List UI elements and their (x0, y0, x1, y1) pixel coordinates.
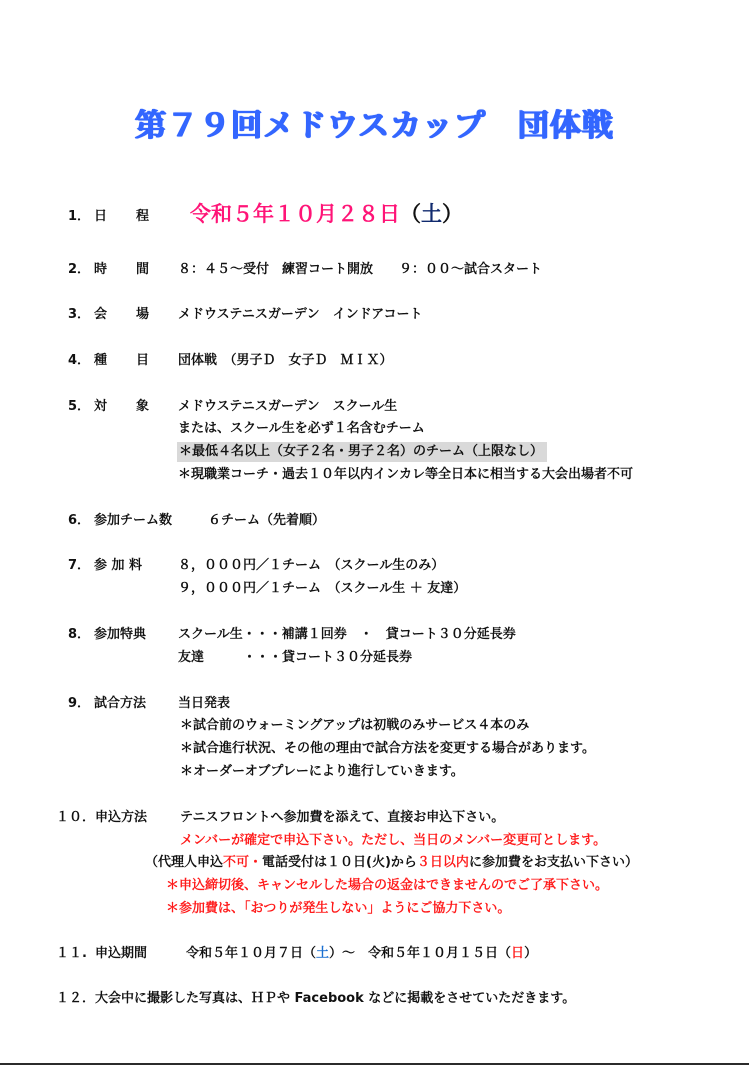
section-label: 間 (136, 261, 149, 279)
warning-text: メンバーが確定で申込下さい。ただし、当日のメンバー変更可とします。 (180, 832, 606, 850)
period-text: ） (524, 946, 537, 961)
section-value: ６チーム（先着順） (208, 512, 325, 530)
section-label: 対 (94, 398, 107, 416)
section-label: 参加チーム数 (94, 512, 172, 530)
section-value: メドウステニスガーデン インドアコート (178, 306, 423, 324)
section-number: １２． (56, 990, 95, 1008)
note-text: に参加費をお支払い下さい） (469, 855, 638, 870)
section-number: 6． (68, 512, 90, 530)
section-label: 申込方法 (95, 809, 147, 827)
section-number: 9． (68, 695, 90, 713)
paren: （ (400, 202, 421, 226)
note-text: （代理人申込 (145, 855, 223, 870)
section-label: 象 (136, 398, 149, 416)
section-value: スクール生・・・補講１回券 ・ 貸コート３０分延長券 (178, 626, 516, 644)
section-number: 8． (68, 626, 90, 644)
section-number: １０． (56, 809, 95, 827)
not-allowed-text: 不可・ (223, 855, 262, 870)
section-value: ８：４５～受付 練習コート開放 ９：００～試合スタート (178, 261, 542, 279)
section-label: 場 (136, 306, 149, 324)
section-number: 7． (68, 557, 90, 575)
section-label: 参 加 料 (94, 557, 142, 575)
section-value: 当日発表 (178, 695, 230, 713)
section-label: 試合方法 (94, 695, 146, 713)
section-value: メドウステニスガーデン スクール生 (178, 398, 397, 416)
section-value: 団体戦 （男子Ｄ 女子Ｄ ＭＩＸ） (178, 352, 393, 370)
section-label: 日 (94, 208, 107, 226)
section-label: 種 (94, 352, 107, 370)
period-text: 令和５年１０月７日（ (186, 946, 316, 961)
page-bottom-border (0, 1063, 749, 1065)
section-value: または、スクール生を必ず１名含むチーム (178, 420, 425, 438)
section-label: 参加特典 (94, 626, 146, 644)
section-value: ＊オーダーオブプレーにより進行していきます。 (180, 763, 464, 781)
saturday-label: 土 (316, 946, 329, 961)
section-number: 2． (68, 261, 90, 279)
section-label: 申込期間 (95, 945, 147, 963)
application-period-value: 令和５年１０月７日（土）～ 令和５年１０月１５日（日） (186, 945, 537, 963)
highlighted-requirement: ＊最低４名以上（女子２名・男子２名）のチーム（上限なし） (177, 442, 547, 462)
section-value: 大会中に撮影した写真は、ＨＰや Facebook などに掲載をさせていただきます… (95, 990, 575, 1008)
paren: ） (442, 202, 463, 226)
section-label: 目 (136, 352, 149, 370)
section-number: 4． (68, 352, 90, 370)
section-value: ＊試合進行状況、その他の理由で試合方法を変更する場合があります。 (180, 740, 595, 758)
section-number: １１. (56, 945, 87, 963)
warning-text: ＊申込締切後、キャンセルした場合の返金はできませんのでご了承下さい。 (166, 877, 608, 895)
section-label: 会 (94, 306, 107, 324)
page-title: 第７９回メドウスカップ 団体戦 (0, 100, 749, 145)
section-number: 3． (68, 306, 90, 324)
warning-text: ＊参加費は、「おつりが発生しない」ようにご協力下さい。 (166, 900, 510, 918)
section-value: ９，０００円／１チーム （スクール生 ＋ 友達） (178, 580, 466, 598)
note-text: 電話受付は１０日(火)から (262, 855, 417, 870)
deadline-text: ３日以内 (417, 855, 469, 870)
event-date: 令和５年１０月２８日（土） (190, 201, 463, 227)
event-date-text: 令和５年１０月２８日 (190, 202, 400, 226)
section-value: ８，０００円／１チーム （スクール生のみ） (178, 557, 444, 575)
section-label: 程 (136, 208, 149, 226)
section-number: 1． (68, 208, 90, 226)
event-weekday: 土 (421, 202, 442, 226)
section-value: 友達 ・・・貸コート３０分延長券 (178, 649, 412, 667)
section-number: 5． (68, 398, 90, 416)
proxy-phone-note: （代理人申込不可・電話受付は１０日(火)から３日以内に参加費をお支払い下さい） (145, 854, 638, 872)
section-value: テニスフロントへ参加費を添えて、直接お申込下さい。 (180, 809, 504, 827)
section-label: 時 (94, 261, 107, 279)
period-text: ）～ 令和５年１０月１５日（ (329, 946, 511, 961)
sunday-label: 日 (511, 946, 524, 961)
section-value: ＊現職業コーチ・過去１０年以内インカレ等全日本に相当する大会出場者不可 (178, 466, 633, 484)
section-value: ＊試合前のウォーミングアップは初戦のみサービス４本のみ (180, 717, 529, 735)
